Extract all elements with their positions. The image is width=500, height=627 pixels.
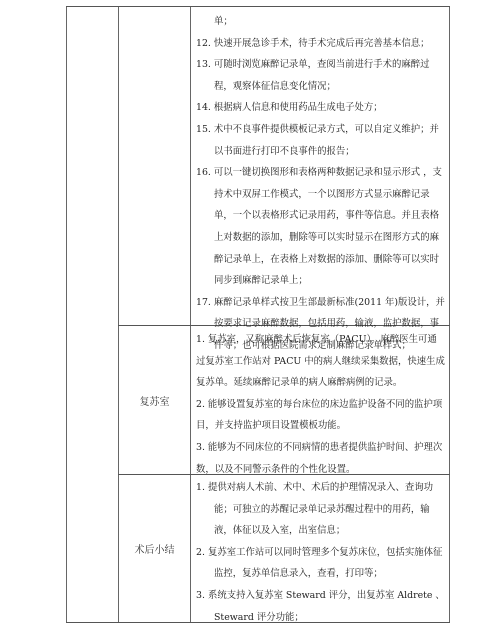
list-item: 3. 能够为不同床位的不同病情的患者提供监护时间、护理次数，以及不同警示条件的个… [196, 437, 445, 480]
row-content-anesthesia: 单； 12. 快速开展急诊手术，待手术完成后再完善基本信息； 13. 可随时浏览… [191, 11, 449, 357]
item-number: 12. [196, 38, 211, 49]
table-border-right [449, 7, 450, 622]
item-number: 17. [196, 297, 211, 308]
table-border-left [66, 7, 67, 622]
item-number: 15. [196, 124, 211, 135]
list-item: 13. 可随时浏览麻醉记录单，查阅当前进行手术的麻醉过程，观察体征信息变化情况； [196, 54, 445, 97]
item-text: 1. 复苏室，又称麻醉术后恢复室（PACU）。麻醉医生可通过复苏室工作站对 PA… [196, 334, 445, 388]
list-item: 单； [196, 11, 445, 33]
list-item: 2. 复苏室工作站可以同时管理多个复苏床位，包括实施体征监控，复苏单信息录入，查… [196, 542, 445, 585]
requirements-table: 单； 12. 快速开展急诊手术，待手术完成后再完善基本信息； 13. 可随时浏览… [66, 6, 450, 623]
row-label-text: 术后小结 [135, 541, 175, 556]
item-number: 1. [196, 482, 205, 493]
item-text: 单； [214, 16, 233, 27]
item-text: 复苏室工作站可以同时管理多个复苏床位，包括实施体征监控，复苏单信息录入，查看，打… [208, 547, 442, 580]
row-label-anesthesia [119, 7, 190, 325]
list-item: 16. 可以一键切换图形和表格两种数据记录和显示形式 ，支持术中双屏工作模式，一… [196, 162, 445, 292]
row-label-pacu: 复苏室 [119, 326, 190, 474]
item-text: 2. 能够设置复苏室的每台床位的床边监护设备不同的监护项目，并支持监护项目设置模… [196, 399, 442, 432]
list-item: 15. 术中不良事件提供模板记录方式，可以自定义维护；并以书面进行打印不良事件的… [196, 119, 445, 162]
item-number: 13. [196, 59, 211, 70]
item-number: 2. [196, 547, 205, 558]
item-text: 3. 能够为不同床位的不同病情的患者提供监护时间、护理次数，以及不同警示条件的个… [196, 442, 442, 475]
list-item: 2. 能够设置复苏室的每台床位的床边监护设备不同的监护项目，并支持监护项目设置模… [196, 394, 445, 437]
item-text: 可以一键切换图形和表格两种数据记录和显示形式 ，支持术中双屏工作模式，一个以图形… [214, 167, 442, 286]
row-content-pacu: 1. 复苏室，又称麻醉术后恢复室（PACU）。麻醉医生可通过复苏室工作站对 PA… [191, 329, 449, 480]
list-item: 3. 系统支持入复苏室 Steward 评分，出复苏室 Aldrete 、Ste… [196, 585, 445, 627]
item-text: 系统支持入复苏室 Steward 评分，出复苏室 Aldrete 、Stewar… [208, 590, 445, 623]
list-item: 12. 快速开展急诊手术，待手术完成后再完善基本信息； [196, 33, 445, 55]
list-item: 1. 提供对病人术前、术中、术后的护理情况录入、查询功能；可独立的苏醒记录单记录… [196, 477, 445, 542]
row-label-summary: 术后小结 [119, 475, 190, 622]
item-text: 可随时浏览麻醉记录单，查阅当前进行手术的麻醉过程，观察体征信息变化情况； [214, 59, 430, 92]
item-text: 提供对病人术前、术中、术后的护理情况录入、查询功能；可独立的苏醒记录单记录苏醒过… [208, 482, 433, 536]
item-number: 14. [196, 102, 211, 113]
row-content-summary: 1. 提供对病人术前、术中、术后的护理情况录入、查询功能；可独立的苏醒记录单记录… [191, 477, 449, 627]
item-number: 16. [196, 167, 211, 178]
item-number: 3. [196, 590, 205, 601]
item-text: 根据病人信息和使用药品生成电子处方； [214, 102, 383, 113]
item-text: 快速开展急诊手术，待手术完成后再完善基本信息； [214, 38, 430, 49]
list-item: 14. 根据病人信息和使用药品生成电子处方； [196, 97, 445, 119]
list-item: 1. 复苏室，又称麻醉术后恢复室（PACU）。麻醉医生可通过复苏室工作站对 PA… [196, 329, 445, 394]
item-text: 术中不良事件提供模板记录方式，可以自定义维护；并以书面进行打印不良事件的报告； [214, 124, 439, 157]
row-label-text: 复苏室 [140, 393, 170, 408]
